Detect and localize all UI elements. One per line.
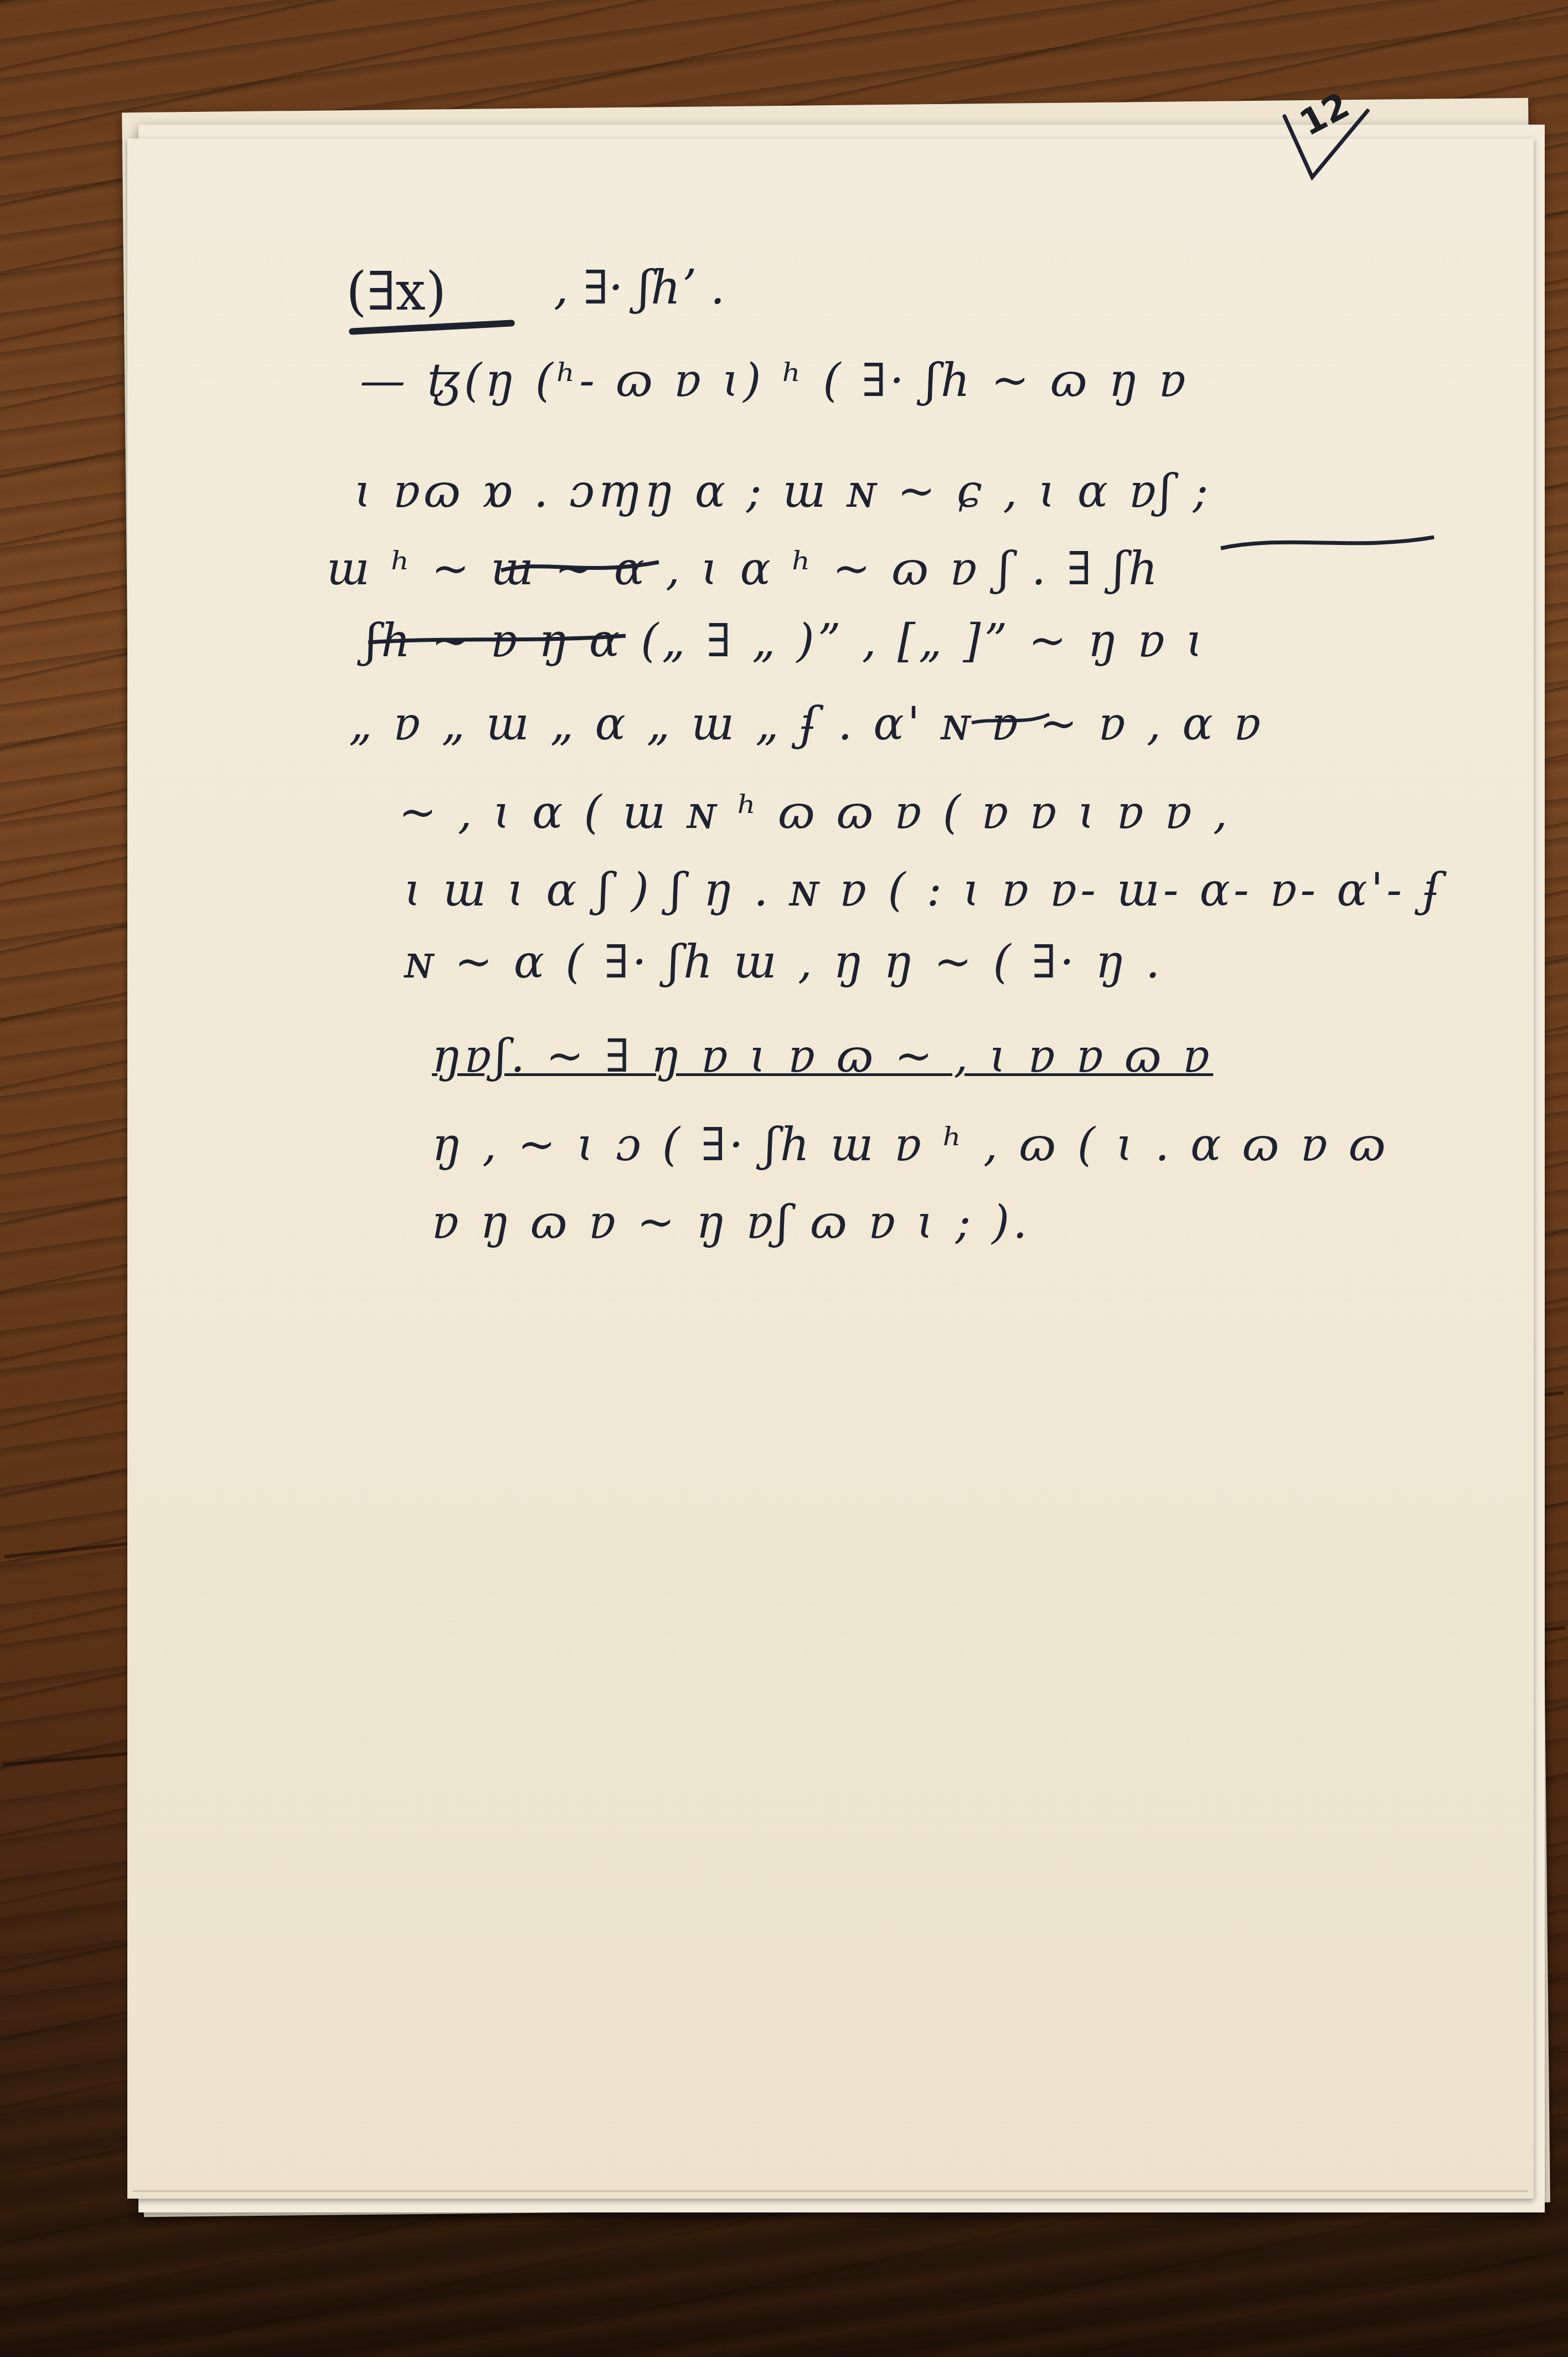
heading-boxed-quantifier: (∃x) xyxy=(346,260,446,322)
shorthand-line: „ ɐ „ ɯ „ ɑ „ ɯ „ ʄ . ɑ' ɴ ɐ ~ ɐ , ɑ ɐ xyxy=(349,698,1264,750)
shorthand-line: ɩ ɯ ɩ ɑ ʃ ) ʃ ŋ . ɴ ɐ ( : ɩ ɐ ɐ- ɯ- ɑ- ɐ… xyxy=(404,864,1443,917)
strikethrough-mark xyxy=(1218,526,1440,559)
shorthand-line: ɐ ŋ ɷ ɐ ~ ŋ ɐʃ ɷ ɐ ɩ ; ). xyxy=(432,1196,1030,1249)
shorthand-line: ~ , ɩ ɑ ( ɯ ɴ ʰ ɷ ɷ ɐ ( ɐ ɐ ɩ ɐ ɐ , xyxy=(399,786,1231,839)
heading-text: , ∃· ʃhʼ . xyxy=(554,260,725,315)
shorthand-line-with-underlined-term: ŋɐʃ. ~ ∃ ŋ ɐ ɩ ɐ ɷ ~ , ɩ ɐ ɐ ɷ ɐ xyxy=(432,1030,1213,1083)
shorthand-line: ɩ ɐɷ ɒ . ɔɱŋ ɑ ; ɯ ɴ ~ ɕ , ɩ ɑ ɐʃ ; xyxy=(354,465,1211,518)
shorthand-line: ŋ , ~ ɩ ɔ ( ∃· ʃh ɯ ɐ ʰ , ɷ ( ɩ . ɑ ɷ ɐ … xyxy=(432,1119,1389,1171)
shorthand-line: ɯ ʰ ~ ɯ ~ ɑ , ɩ ɑ ʰ ~ ɷ ɐ ʃ . ∃ ʃh xyxy=(327,543,1161,595)
shorthand-line: ɴ ~ ɑ ( ∃· ʃh ɯ , ŋ ŋ ~ ( ∃· ŋ . xyxy=(404,936,1163,989)
shorthand-line: — ꜩ(ŋ (ʰ- ɷ ɐ ɩ) ʰ ( ∃· ʃh ~ ɷ ŋ ɐ xyxy=(360,354,1189,407)
strikethrough-mark xyxy=(969,706,1052,734)
strikethrough-mark xyxy=(498,548,664,581)
paper-edge-line xyxy=(133,2190,1528,2192)
strikethrough-mark xyxy=(365,626,631,653)
